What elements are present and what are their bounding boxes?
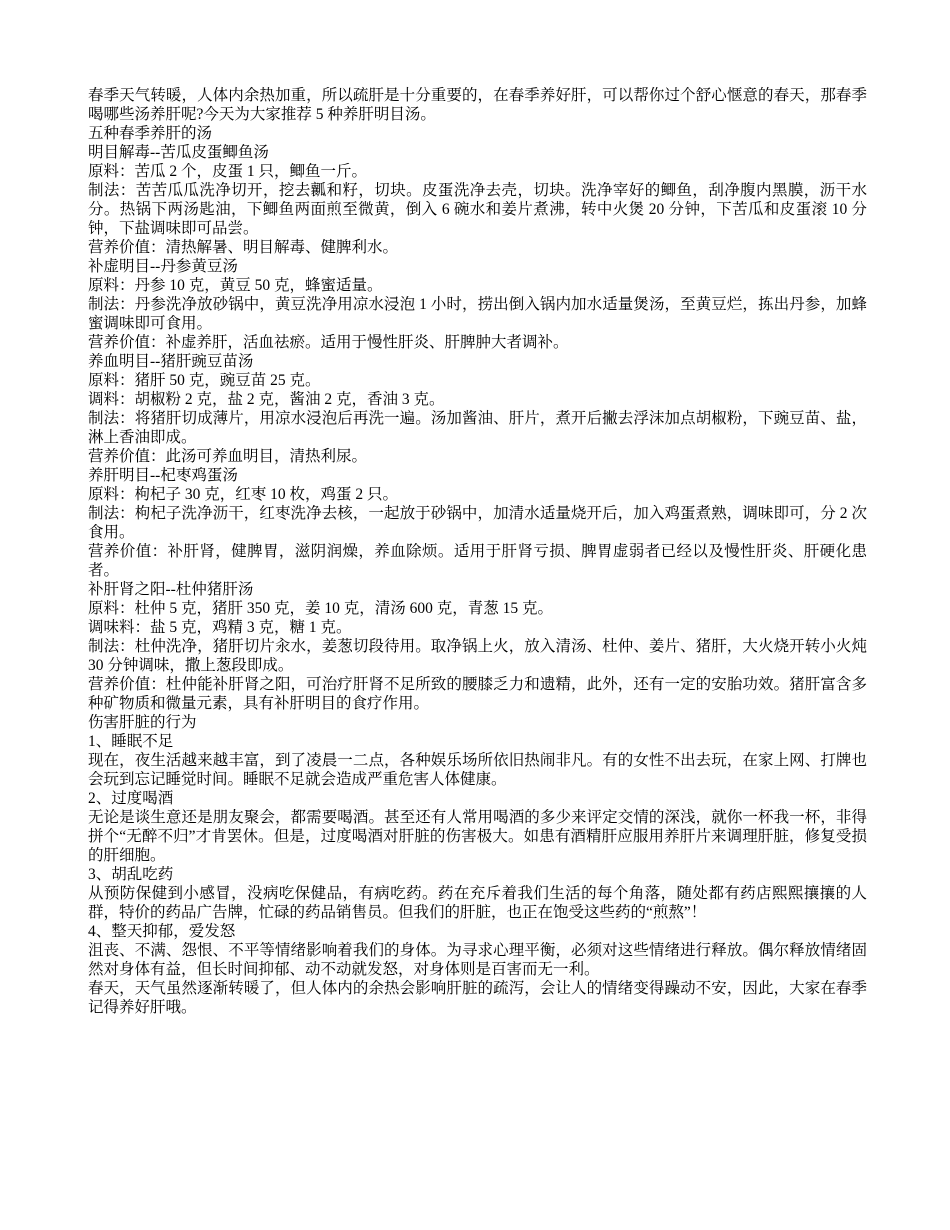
soup-4-method: 制法：枸杞子洗净沥干，红枣洗净去核，一起放于砂锅中，加清水适量烧开后，加入鸡蛋煮… (88, 504, 867, 542)
soup-3-seasoning: 调料：胡椒粉 2 克，盐 2 克，酱油 2 克，香油 3 克。 (88, 390, 867, 409)
behavior-3-text: 从预防保健到小感冒，没病吃保健品，有病吃药。药在充斥着我们生活的每个角落，随处都… (88, 884, 867, 922)
behavior-1-text: 现在，夜生活越来越丰富，到了凌晨一二点，各种娱乐场所依旧热闹非凡。有的女性不出去… (88, 751, 867, 789)
soup-5-title: 补肝肾之阳--杜仲猪肝汤 (88, 580, 867, 599)
soup-1-title: 明目解毒--苦瓜皮蛋鲫鱼汤 (88, 143, 867, 162)
page: { "page": { "background_color": "#ffffff… (0, 0, 950, 1230)
behavior-4-text: 沮丧、不满、怨恨、不平等情绪影响着我们的身体。为寻求心理平衡，必须对这些情绪进行… (88, 941, 867, 979)
article-body: 春季天气转暖，人体内余热加重，所以疏肝是十分重要的，在春季养好肝，可以帮你过个舒… (88, 86, 867, 1017)
soup-2-ingredients: 原料：丹参 10 克，黄豆 50 克，蜂蜜适量。 (88, 276, 867, 295)
soup-4-ingredients: 原料：枸杞子 30 克，红枣 10 枚，鸡蛋 2 只。 (88, 485, 867, 504)
soup-2-method: 制法：丹参洗净放砂锅中，黄豆洗净用凉水浸泡 1 小时，捞出倒入锅内加水适量煲汤，… (88, 295, 867, 333)
behavior-1-title: 1、睡眠不足 (88, 732, 867, 751)
soup-5-nutrition: 营养价值：杜仲能补肝肾之阳，可治疗肝肾不足所致的腰膝乏力和遗精，此外，还有一定的… (88, 675, 867, 713)
soup-2-nutrition: 营养价值：补虚养肝，活血祛瘀。适用于慢性肝炎、肝脾肿大者调补。 (88, 333, 867, 352)
soup-3-ingredients: 原料：猪肝 50 克，豌豆苗 25 克。 (88, 371, 867, 390)
soup-5-ingredients: 原料：杜仲 5 克，猪肝 350 克，姜 10 克，清汤 600 克，青葱 15… (88, 599, 867, 618)
closing-paragraph: 春天，天气虽然逐渐转暖了，但人体内的余热会影响肝脏的疏泻，会让人的情绪变得躁动不… (88, 979, 867, 1017)
heading-harmful-behaviors: 伤害肝脏的行为 (88, 713, 867, 732)
behavior-2-text: 无论是谈生意还是朋友聚会，都需要喝酒。甚至还有人常用喝酒的多少来评定交情的深浅，… (88, 808, 867, 865)
soup-2-title: 补虚明目--丹参黄豆汤 (88, 257, 867, 276)
soup-3-method: 制法：将猪肝切成薄片，用凉水浸泡后再洗一遍。汤加酱油、肝片，煮开后撇去浮沫加点胡… (88, 409, 867, 447)
soup-1-ingredients: 原料：苦瓜 2 个，皮蛋 1 只，鲫鱼一斤。 (88, 162, 867, 181)
heading-five-soups: 五种春季养肝的汤 (88, 124, 867, 143)
behavior-3-title: 3、胡乱吃药 (88, 865, 867, 884)
soup-3-nutrition: 营养价值：此汤可养血明目，清热利尿。 (88, 447, 867, 466)
behavior-2-title: 2、过度喝酒 (88, 789, 867, 808)
soup-4-title: 养肝明目--杞枣鸡蛋汤 (88, 466, 867, 485)
behavior-4-title: 4、整天抑郁，爱发怒 (88, 922, 867, 941)
soup-4-nutrition: 营养价值：补肝肾，健脾胃，滋阴润燥，养血除烦。适用于肝肾亏损、脾胃虚弱者已经以及… (88, 542, 867, 580)
soup-1-nutrition: 营养价值：清热解暑、明目解毒、健脾利水。 (88, 238, 867, 257)
soup-3-title: 养血明目--猪肝豌豆苗汤 (88, 352, 867, 371)
intro-paragraph: 春季天气转暖，人体内余热加重，所以疏肝是十分重要的，在春季养好肝，可以帮你过个舒… (88, 86, 867, 124)
soup-1-method: 制法：苦苦瓜瓜洗净切开，挖去瓤和籽，切块。皮蛋洗净去壳，切块。洗净宰好的鲫鱼，刮… (88, 181, 867, 238)
soup-5-method: 制法：杜仲洗净，猪肝切片汆水，姜葱切段待用。取净锅上火，放入清汤、杜仲、姜片、猪… (88, 637, 867, 675)
soup-5-seasoning: 调味料：盐 5 克，鸡精 3 克，糖 1 克。 (88, 618, 867, 637)
